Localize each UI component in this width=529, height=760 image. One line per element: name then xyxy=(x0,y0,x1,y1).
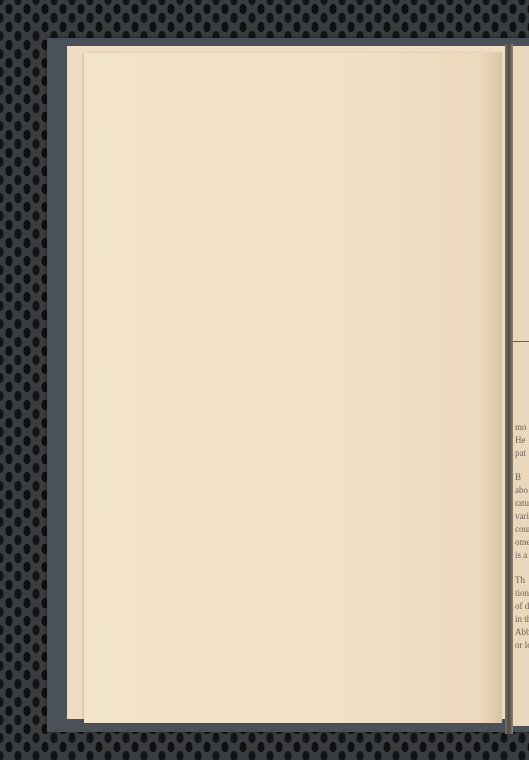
text-fragment: ome xyxy=(515,536,529,549)
text-fragment: pat xyxy=(515,447,526,460)
heading-rule xyxy=(513,341,529,342)
text-fragment: cour xyxy=(515,523,529,536)
text-fragment: He xyxy=(515,434,526,447)
text-fragment: B xyxy=(515,471,521,484)
text-fragment: mo xyxy=(515,421,527,434)
text-fragment: or lon xyxy=(515,639,529,652)
text-fragment: is a xyxy=(515,549,527,562)
text-fragment: abo xyxy=(515,484,528,497)
text-fragment: of do xyxy=(515,600,529,613)
text-fragment: ratu xyxy=(515,497,529,510)
right-page-edge: mo He pat B abo ratu vari cour ome is a … xyxy=(513,46,529,726)
text-fragment: vari xyxy=(515,510,529,523)
text-fragment: Th xyxy=(515,574,525,587)
text-fragment: in the xyxy=(515,613,529,626)
text-fragment: Abbre xyxy=(515,626,529,639)
blank-left-page xyxy=(84,53,502,723)
text-fragment: tion, xyxy=(515,587,529,600)
book-gutter xyxy=(505,44,513,734)
